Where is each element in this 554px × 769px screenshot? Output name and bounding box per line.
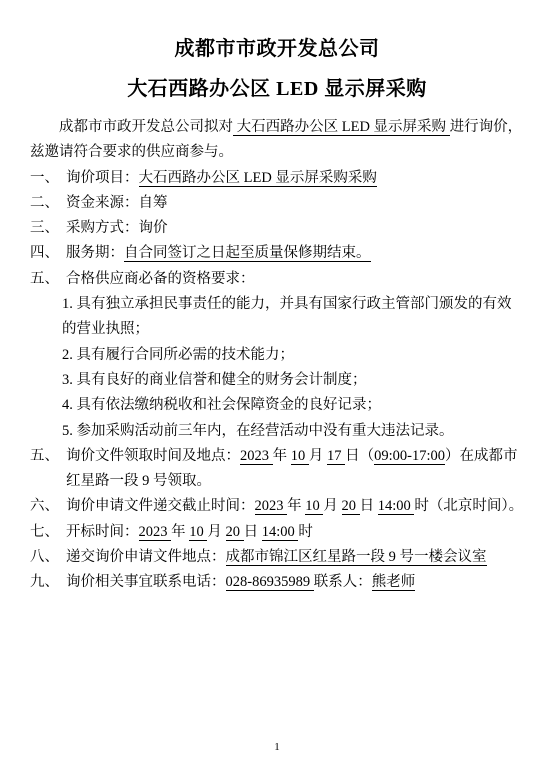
- item-9-phone-underlined: 028-86935989: [226, 574, 314, 591]
- document-body: 成都市市政开发总公司拟对 大石西路办公区 LED 显示屏采购 进行询价，兹邀请符…: [30, 115, 524, 596]
- list-item-7-bid-opening-time: 七、 开标时间：2023 年 10 月 20 日 14:00 时: [30, 520, 524, 545]
- item-3-value: 询价: [139, 220, 168, 236]
- item-1-label: 询价项目：: [66, 170, 139, 186]
- item-4-number: 四、: [30, 241, 66, 266]
- item-1-number: 一、: [30, 166, 66, 191]
- item-7-label: 开标时间：: [66, 524, 139, 540]
- item-1-content: 询价项目：大石西路办公区 LED 显示屏采购采购: [66, 166, 524, 191]
- item-8-number: 八、: [30, 545, 66, 570]
- item-8-address-underlined: 成都市锦江区红星路一段 9 号一楼会议室: [226, 549, 487, 566]
- item-5b-content: 询价文件领取时间及地点：2023 年 10 月 17 日（09:00-17:00…: [66, 444, 524, 495]
- item-5a-label: 合格供应商必备的资格要求：: [66, 267, 524, 292]
- item-9-contact-name-underlined: 熊老师: [372, 574, 416, 591]
- intro-project-name-underlined: 大石西路办公区 LED 显示屏采购: [233, 119, 450, 136]
- qualification-item-4: 4. 具有依法缴纳税收和社会保障资金的良好记录；: [30, 393, 524, 418]
- item-9-content: 询价相关事宜联系电话：028-86935989 联系人：熊老师: [66, 570, 524, 595]
- list-item-1: 一、 询价项目：大石西路办公区 LED 显示屏采购采购: [30, 166, 524, 191]
- item-5a-number: 五、: [30, 267, 66, 292]
- item-5b-label: 询价文件领取时间及地点：: [66, 448, 240, 464]
- item-3-content: 采购方式：询价: [66, 216, 524, 241]
- item-6-day-underlined: 20: [342, 498, 360, 515]
- page-number: 1: [0, 741, 554, 753]
- item-7-sep-month: 月: [207, 524, 225, 540]
- item-6-time-underlined: 14:00: [378, 498, 415, 515]
- item-7-sep-day: 日: [244, 524, 262, 540]
- item-3-number: 三、: [30, 216, 66, 241]
- qualification-item-5: 5. 参加采购活动前三年内，在经营活动中没有重大违法记录。: [30, 419, 524, 444]
- item-5b-sep-day: 日（: [345, 448, 374, 464]
- list-item-4: 四、 服务期：自合同签订之日起至质量保修期结束。: [30, 241, 524, 266]
- item-5b-number: 五、: [30, 444, 66, 469]
- item-6-sep-year: 年: [287, 498, 305, 514]
- document-subtitle: 大石西路办公区 LED 显示屏采购: [30, 68, 524, 110]
- qualification-item-2: 2. 具有履行合同所必需的技术能力；: [30, 343, 524, 368]
- item-7-day-underlined: 20: [226, 524, 244, 541]
- item-5b-day-underlined: 17: [327, 448, 345, 465]
- item-7-content: 开标时间：2023 年 10 月 20 日 14:00 时: [66, 520, 524, 545]
- item-5b-sep-month: 月: [309, 448, 327, 464]
- item-6-sep-day: 日: [360, 498, 378, 514]
- item-8-content: 递交询价申请文件地点：成都市锦江区红星路一段 9 号一楼会议室: [66, 545, 524, 570]
- list-item-9-contact: 九、 询价相关事宜联系电话：028-86935989 联系人：熊老师: [30, 570, 524, 595]
- item-6-content: 询价申请文件递交截止时间：2023 年 10 月 20 日 14:00 时（北京…: [66, 494, 524, 519]
- item-8-label: 递交询价申请文件地点：: [66, 549, 226, 565]
- item-7-year-underlined: 2023: [139, 524, 172, 541]
- item-4-content: 服务期：自合同签订之日起至质量保修期结束。: [66, 241, 524, 266]
- list-item-2: 二、 资金来源：自筹: [30, 191, 524, 216]
- list-item-8-submission-location: 八、 递交询价申请文件地点：成都市锦江区红星路一段 9 号一楼会议室: [30, 545, 524, 570]
- qualification-item-3: 3. 具有良好的商业信誉和健全的财务会计制度；: [30, 368, 524, 393]
- item-9-number: 九、: [30, 570, 66, 595]
- list-item-5-document-pickup: 五、 询价文件领取时间及地点：2023 年 10 月 17 日（09:00-17…: [30, 444, 524, 495]
- document-page: 成都市市政开发总公司 大石西路办公区 LED 显示屏采购 成都市市政开发总公司拟…: [0, 0, 554, 769]
- document-title: 成都市市政开发总公司: [30, 30, 524, 68]
- item-9-contact-label: 联系人：: [314, 574, 372, 590]
- item-6-month-underlined: 10: [305, 498, 323, 515]
- item-2-number: 二、: [30, 191, 66, 216]
- item-7-month-underlined: 10: [189, 524, 207, 541]
- item-4-value-underlined: 自合同签订之日起至质量保修期结束。: [124, 245, 371, 262]
- item-7-tail: 时: [298, 524, 313, 540]
- item-2-value: 自筹: [139, 195, 168, 211]
- item-6-number: 六、: [30, 494, 66, 519]
- item-5b-time-range-underlined: 09:00-17:00: [374, 448, 445, 465]
- item-6-tail: 时（北京时间）。: [414, 498, 523, 514]
- item-6-sep-month: 月: [323, 498, 341, 514]
- list-item-5-qualifications: 五、 合格供应商必备的资格要求：: [30, 267, 524, 292]
- item-7-sep-year: 年: [171, 524, 189, 540]
- item-6-year-underlined: 2023: [255, 498, 288, 515]
- item-9-label: 询价相关事宜联系电话：: [66, 574, 226, 590]
- list-item-6-submission-deadline: 六、 询价申请文件递交截止时间：2023 年 10 月 20 日 14:00 时…: [30, 494, 524, 519]
- list-item-3: 三、 采购方式：询价: [30, 216, 524, 241]
- item-6-label: 询价申请文件递交截止时间：: [66, 498, 255, 514]
- item-4-label: 服务期：: [66, 245, 124, 261]
- item-3-label: 采购方式：: [66, 220, 139, 236]
- item-7-number: 七、: [30, 520, 66, 545]
- item-5b-year-underlined: 2023: [240, 448, 273, 465]
- qualification-item-1: 1. 具有独立承担民事责任的能力，并具有国家行政主管部门颁发的有效的营业执照；: [30, 292, 524, 343]
- item-1-value-underlined: 大石西路办公区 LED 显示屏采购采购: [139, 170, 377, 187]
- intro-paragraph: 成都市市政开发总公司拟对 大石西路办公区 LED 显示屏采购 进行询价，兹邀请符…: [30, 115, 524, 166]
- item-7-time-underlined: 14:00: [262, 524, 299, 541]
- item-2-content: 资金来源：自筹: [66, 191, 524, 216]
- item-5b-month-underlined: 10: [291, 448, 309, 465]
- item-5b-sep-year: 年: [273, 448, 291, 464]
- item-2-label: 资金来源：: [66, 195, 139, 211]
- intro-text-pre: 成都市市政开发总公司拟对: [59, 119, 233, 135]
